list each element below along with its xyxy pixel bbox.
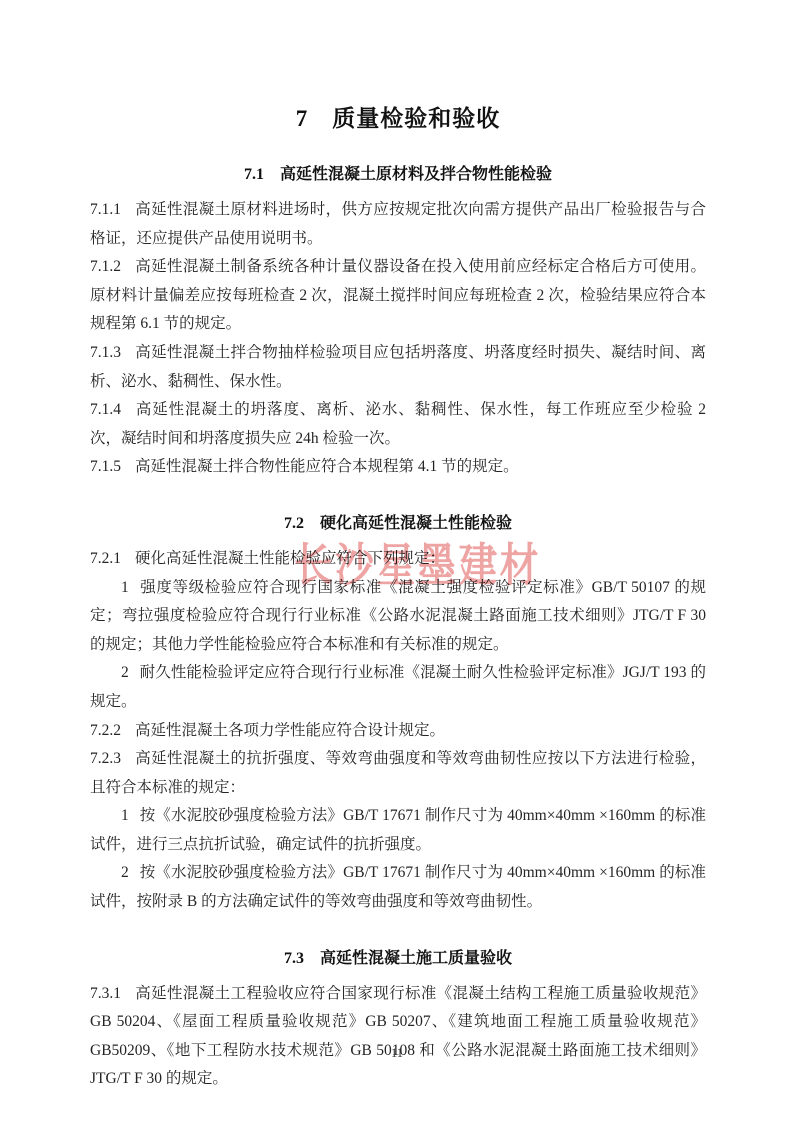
clause-number: 7.1.2 — [90, 258, 121, 275]
paragraph-7-2-3-item-2: 2按《水泥胶砂强度检验方法》GB/T 17671 制作尺寸为 40mm×40mm… — [90, 859, 706, 916]
paragraph-7-1-2: 7.1.2高延性混凝土制备系统各种计量仪器设备在投入使用前应经标定合格后方可使用… — [90, 253, 706, 339]
clause-text: 高延性混凝土拌合物抽样检验项目应包括坍落度、坍落度经时损失、凝结时间、离析、泌水… — [90, 344, 706, 390]
clause-number: 7.3.1 — [90, 985, 121, 1002]
clause-number: 7.1.1 — [90, 201, 121, 218]
clause-number: 7.2.3 — [90, 750, 121, 767]
paragraph-7-1-4: 7.1.4高延性混凝土的坍落度、离析、泌水、黏稠性、保水性，每工作班应至少检验 … — [90, 396, 706, 453]
paragraph-7-1-1: 7.1.1高延性混凝土原材料进场时，供方应按规定批次向需方提供产品出厂检验报告与… — [90, 196, 706, 253]
clause-text: 硬化高延性混凝土性能检验应符合下列规定： — [135, 550, 445, 567]
paragraph-7-1-5: 7.1.5高延性混凝土拌合物性能应符合本规程第 4.1 节的规定。 — [90, 453, 706, 482]
item-number: 2 — [121, 864, 129, 881]
paragraph-7-1-3: 7.1.3高延性混凝土拌合物抽样检验项目应包括坍落度、坍落度经时损失、凝结时间、… — [90, 339, 706, 396]
item-number: 1 — [121, 807, 129, 824]
item-text: 按《水泥胶砂强度检验方法》GB/T 17671 制作尺寸为 40mm×40mm … — [90, 807, 706, 853]
chapter-title: 7 质量检验和验收 — [90, 100, 706, 133]
clause-number: 7.2.1 — [90, 550, 121, 567]
paragraph-7-3-1: 7.3.1高延性混凝土工程验收应符合国家现行标准《混凝土结构工程施工质量验收规范… — [90, 980, 706, 1094]
paragraph-7-2-1-item-1: 1强度等级检验应符合现行国家标准《混凝土强度检验评定标准》GB/T 50107 … — [90, 574, 706, 660]
clause-number: 7.1.4 — [90, 401, 121, 418]
clause-text: 高延性混凝土拌合物性能应符合本规程第 4.1 节的规定。 — [135, 458, 519, 475]
paragraph-7-2-2: 7.2.2高延性混凝土各项力学性能应符合设计规定。 — [90, 717, 706, 746]
section-heading-7-1: 7.1 高延性混凝土原材料及拌合物性能检验 — [90, 161, 706, 184]
clause-text: 高延性混凝土各项力学性能应符合设计规定。 — [135, 722, 445, 739]
clause-number: 7.1.5 — [90, 458, 121, 475]
clause-number: 7.2.2 — [90, 722, 121, 739]
item-text: 强度等级检验应符合现行国家标准《混凝土强度检验评定标准》GB/T 50107 的… — [90, 579, 706, 653]
item-number: 1 — [121, 579, 129, 596]
paragraph-7-2-1-item-2: 2耐久性能检验评定应符合现行行业标准《混凝土耐久性检验评定标准》JGJ/T 19… — [90, 659, 706, 716]
page-number: 11 — [0, 1046, 794, 1061]
item-number: 2 — [121, 664, 129, 681]
paragraph-7-2-3: 7.2.3高延性混凝土的抗折强度、等效弯曲强度和等效弯曲韧性应按以下方法进行检验… — [90, 745, 706, 802]
clause-text: 高延性混凝土原材料进场时，供方应按规定批次向需方提供产品出厂检验报告与合格证，还… — [90, 201, 706, 247]
document-page: 7 质量检验和验收 7.1 高延性混凝土原材料及拌合物性能检验 7.1.1高延性… — [0, 0, 794, 1123]
paragraph-7-2-3-item-1: 1按《水泥胶砂强度检验方法》GB/T 17671 制作尺寸为 40mm×40mm… — [90, 802, 706, 859]
section-heading-7-3: 7.3 高延性混凝土施工质量验收 — [90, 945, 706, 968]
clause-text: 高延性混凝土制备系统各种计量仪器设备在投入使用前应经标定合格后方可使用。原材料计… — [90, 258, 706, 332]
paragraph-7-2-1: 7.2.1硬化高延性混凝土性能检验应符合下列规定： — [90, 545, 706, 574]
clause-text: 高延性混凝土的坍落度、离析、泌水、黏稠性、保水性，每工作班应至少检验 2 次，凝… — [90, 401, 706, 447]
clause-text: 高延性混凝土工程验收应符合国家现行标准《混凝土结构工程施工质量验收规范》GB 5… — [90, 985, 706, 1088]
clause-text: 高延性混凝土的抗折强度、等效弯曲强度和等效弯曲韧性应按以下方法进行检验，且符合本… — [90, 750, 706, 796]
section-heading-7-2: 7.2 硬化高延性混凝土性能检验 — [90, 510, 706, 533]
item-text: 按《水泥胶砂强度检验方法》GB/T 17671 制作尺寸为 40mm×40mm … — [90, 864, 706, 910]
page-content: 7 质量检验和验收 7.1 高延性混凝土原材料及拌合物性能检验 7.1.1高延性… — [90, 0, 706, 1094]
item-text: 耐久性能检验评定应符合现行行业标准《混凝土耐久性检验评定标准》JGJ/T 193… — [90, 664, 706, 710]
clause-number: 7.1.3 — [90, 344, 121, 361]
